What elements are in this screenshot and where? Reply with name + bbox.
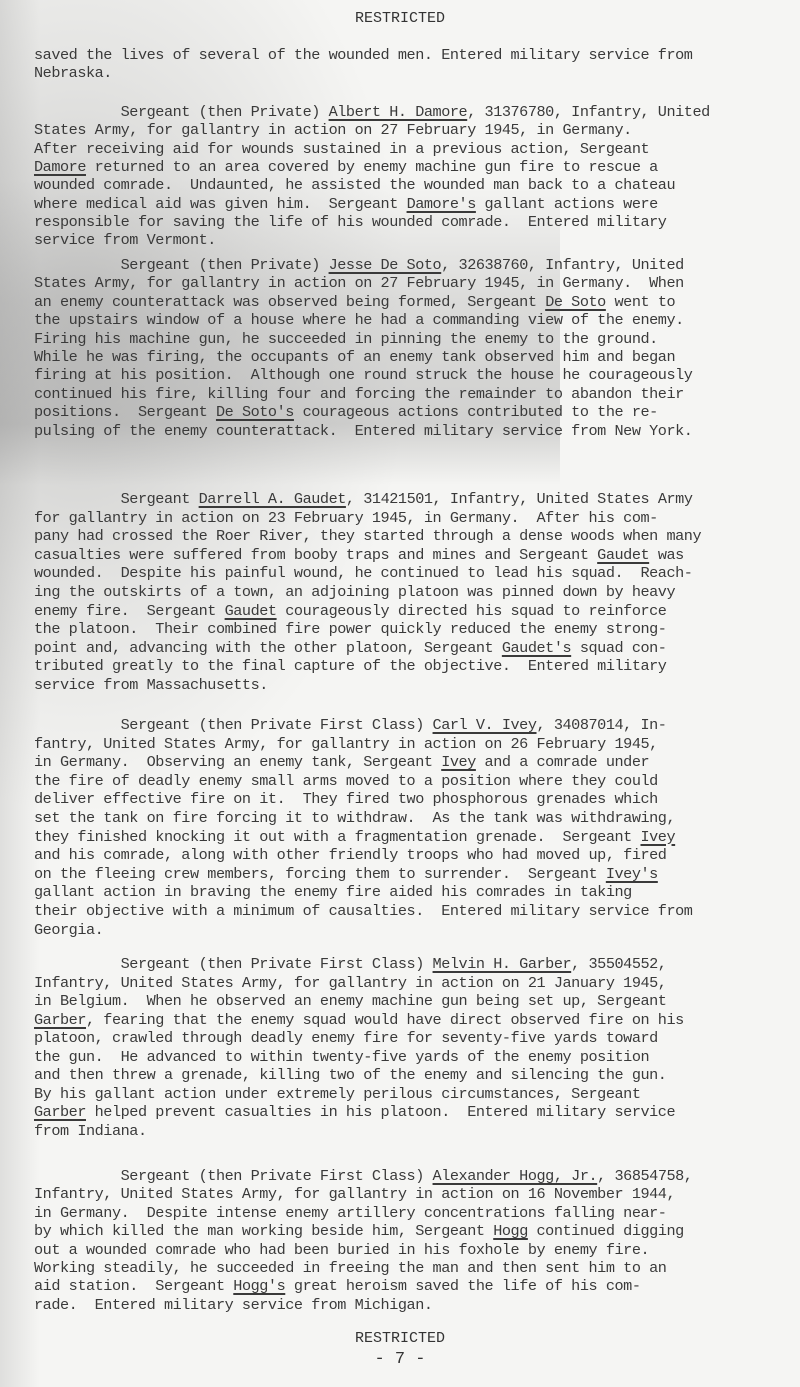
text-line: their objective with a minimum of causal… [34,902,692,920]
text-segment: Sergeant (then Private First Class) [34,955,433,973]
text-segment: , 35504552, [571,955,666,973]
text-line: responsible for saving the life of his w… [34,213,666,231]
text-segment: an enemy counterattack was observed bein… [34,293,545,311]
text-segment: in Germany. Despite intense enemy artill… [34,1204,666,1222]
text-segment: the upstairs window of a house where he … [34,311,684,329]
text-line: positions. Sergeant De Soto's courageous… [34,403,658,421]
text-line: casualties were suffered from booby trap… [34,546,684,564]
underlined-name: Gaudet [225,602,277,620]
text-segment: where medical aid was given him. Sergean… [34,195,407,213]
text-segment: saved the lives of several of the wounde… [34,46,692,64]
text-segment: States Army, for gallantry in action on … [34,121,632,139]
underlined-name: De Soto's [216,403,294,421]
text-segment: aid station. Sergeant [34,1277,233,1295]
text-line: Sergeant (then Private) Albert H. Damore… [34,103,710,121]
text-line: the platoon. Their combined fire power q… [34,620,666,638]
underlined-name: Gaudet's [502,639,571,657]
text-line: rade. Entered military service from Mich… [34,1296,433,1314]
text-line: Infantry, United States Army, for gallan… [34,1185,675,1203]
text-segment: ing the outskirts of a town, an adjoinin… [34,583,675,601]
text-segment: Sergeant [34,490,199,508]
text-segment: , fearing that the enemy squad would hav… [86,1011,684,1029]
text-segment: the fire of deadly enemy small arms move… [34,772,658,790]
text-line: Sergeant (then Private First Class) Melv… [34,955,666,973]
text-segment: Sergeant (then Private) [34,103,329,121]
text-line: in Belgium. When he observed an enemy ma… [34,992,666,1010]
text-line: Sergeant (then Private) Jesse De Soto, 3… [34,256,684,274]
text-line: from Indiana. [34,1122,147,1140]
text-line: in Germany. Despite intense enemy artill… [34,1204,666,1222]
text-line: deliver effective fire on it. They fired… [34,790,658,808]
text-segment: Georgia. [34,921,103,939]
text-segment: , 32638760, Infantry, United [441,256,684,274]
text-line: Firing his machine gun, he succeeded in … [34,330,658,348]
restricted-footer: RESTRICTED [0,1330,800,1347]
text-segment: and his comrade, along with other friend… [34,846,666,864]
text-segment: Sergeant (then Private) [34,256,329,274]
underlined-name: Damore's [407,195,476,213]
text-segment: pulsing of the enemy counterattack. Ente… [34,422,692,440]
text-line: States Army, for gallantry in action on … [34,121,632,139]
underlined-name: Hogg [493,1222,528,1240]
text-segment: was [649,546,684,564]
underlined-name: Melvin H. Garber [433,955,572,973]
text-segment: great heroism saved the life of his com- [285,1277,640,1295]
text-segment: went to [606,293,675,311]
underlined-name: De Soto [545,293,606,311]
text-line: for gallantry in action on 23 February 1… [34,509,658,527]
text-line: where medical aid was given him. Sergean… [34,195,658,213]
text-segment: Infantry, United States Army, for gallan… [34,974,666,992]
text-segment: Firing his machine gun, he succeeded in … [34,330,658,348]
text-segment: positions. Sergeant [34,403,216,421]
text-segment: continued his fire, killing four and for… [34,385,684,403]
text-segment: platoon, crawled through deadly enemy fi… [34,1029,658,1047]
text-segment: , 34087014, In- [537,716,667,734]
text-line: Garber helped prevent casualties in his … [34,1103,675,1121]
underlined-name: Ivey [441,753,476,771]
text-segment: Nebraska. [34,64,112,82]
text-segment: States Army, for gallantry in action on … [34,274,684,292]
text-segment: in Germany. Observing an enemy tank, Ser… [34,753,441,771]
text-line: wounded comrade. Undaunted, he assisted … [34,176,675,194]
text-line: the fire of deadly enemy small arms move… [34,772,658,790]
text-segment: and a comrade under [476,753,649,771]
text-segment: responsible for saving the life of his w… [34,213,666,231]
text-line: continued his fire, killing four and for… [34,385,684,403]
text-segment: , 31376780, Infantry, United [467,103,710,121]
restricted-header: RESTRICTED [0,10,800,27]
text-segment: While he was firing, the occupants of an… [34,348,675,366]
text-line: Infantry, United States Army, for gallan… [34,974,666,992]
text-segment: gallant actions were [476,195,658,213]
underlined-name: Darrell A. Gaudet [199,490,346,508]
underlined-name: Gaudet [597,546,649,564]
text-segment: , 31421501, Infantry, United States Army [346,490,693,508]
text-line: firing at his position. Although one rou… [34,366,692,384]
text-line: fantry, United States Army, for gallantr… [34,735,658,753]
text-line: on the fleeing crew members, forcing the… [34,865,658,883]
document-page: RESTRICTED saved the lives of several of… [0,0,800,1387]
text-line: set the tank on fire forcing it to withd… [34,809,675,827]
text-line: enemy fire. Sergeant Gaudet courageously… [34,602,666,620]
text-segment: they finished knocking it out with a fra… [34,828,640,846]
underlined-name: Garber [34,1011,86,1029]
text-line: Nebraska. [34,64,112,82]
text-segment: fantry, United States Army, for gallantr… [34,735,658,753]
text-line: Damore returned to an area covered by en… [34,158,658,176]
underlined-name: Hogg's [233,1277,285,1295]
text-line: out a wounded comrade who had been burie… [34,1241,649,1259]
text-line: by which killed the man working beside h… [34,1222,684,1240]
text-segment: on the fleeing crew members, forcing the… [34,865,606,883]
text-segment: helped prevent casualties in his platoon… [86,1103,675,1121]
text-line: Sergeant Darrell A. Gaudet, 31421501, In… [34,490,692,508]
text-segment: courageously directed his squad to reinf… [277,602,667,620]
text-segment: pany had crossed the Roer River, they st… [34,527,701,545]
text-segment: , 36854758, [597,1167,692,1185]
text-line: point and, advancing with the other plat… [34,639,666,657]
text-segment: point and, advancing with the other plat… [34,639,502,657]
text-line: tributed greatly to the final capture of… [34,657,666,675]
text-segment: Sergeant (then Private First Class) [34,716,433,734]
text-line: By his gallant action under extremely pe… [34,1085,640,1103]
text-line: While he was firing, the occupants of an… [34,348,675,366]
text-segment: in Belgium. When he observed an enemy ma… [34,992,666,1010]
text-segment: deliver effective fire on it. They fired… [34,790,658,808]
text-line: Sergeant (then Private First Class) Alex… [34,1167,692,1185]
text-line: service from Vermont. [34,231,216,249]
text-line: the upstairs window of a house where he … [34,311,684,329]
text-segment: squad con- [571,639,666,657]
text-segment: out a wounded comrade who had been burie… [34,1241,649,1259]
page-number: - 7 - [0,1350,800,1369]
underlined-name: Ivey's [606,865,658,883]
text-segment: service from Massachusetts. [34,676,268,694]
text-segment: continued digging [528,1222,684,1240]
text-segment: courageous actions contributed to the re… [294,403,658,421]
text-line: and his comrade, along with other friend… [34,846,666,864]
text-segment: Infantry, United States Army, for gallan… [34,1185,675,1203]
text-segment: casualties were suffered from booby trap… [34,546,597,564]
text-line: gallant action in braving the enemy fire… [34,883,632,901]
text-line: Garber, fearing that the enemy squad wou… [34,1011,684,1029]
underlined-name: Damore [34,158,86,176]
text-line: pulsing of the enemy counterattack. Ente… [34,422,692,440]
text-segment: for gallantry in action on 23 February 1… [34,509,658,527]
text-segment: wounded comrade. Undaunted, he assisted … [34,176,675,194]
text-segment: After receiving aid for wounds sustained… [34,140,649,158]
text-segment: wounded. Despite his painful wound, he c… [34,564,692,582]
underlined-name: Alexander Hogg, Jr. [433,1167,598,1185]
text-segment: their objective with a minimum of causal… [34,902,692,920]
text-line: ing the outskirts of a town, an adjoinin… [34,583,675,601]
text-segment: and then threw a grenade, killing two of… [34,1066,666,1084]
text-segment: by which killed the man working beside h… [34,1222,493,1240]
text-segment: rade. Entered military service from Mich… [34,1296,433,1314]
text-line: States Army, for gallantry in action on … [34,274,684,292]
text-segment: enemy fire. Sergeant [34,602,225,620]
text-line: the gun. He advanced to within twenty-fi… [34,1048,649,1066]
underlined-name: Albert H. Damore [329,103,468,121]
text-line: Working steadily, he succeeded in freein… [34,1259,666,1277]
text-line: and then threw a grenade, killing two of… [34,1066,666,1084]
text-line: they finished knocking it out with a fra… [34,828,675,846]
text-line: an enemy counterattack was observed bein… [34,293,675,311]
text-segment: tributed greatly to the final capture of… [34,657,666,675]
text-segment: set the tank on fire forcing it to withd… [34,809,675,827]
text-line: wounded. Despite his painful wound, he c… [34,564,692,582]
underlined-name: Garber [34,1103,86,1121]
text-line: saved the lives of several of the wounde… [34,46,692,64]
underlined-name: Ivey [640,828,675,846]
text-line: platoon, crawled through deadly enemy fi… [34,1029,658,1047]
text-segment: from Indiana. [34,1122,147,1140]
text-segment: Sergeant (then Private First Class) [34,1167,433,1185]
underlined-name: Carl V. Ivey [433,716,537,734]
text-segment: gallant action in braving the enemy fire… [34,883,632,901]
text-line: Sergeant (then Private First Class) Carl… [34,716,666,734]
text-segment: returned to an area covered by enemy mac… [86,158,658,176]
text-line: pany had crossed the Roer River, they st… [34,527,701,545]
text-segment: the platoon. Their combined fire power q… [34,620,666,638]
text-segment: Working steadily, he succeeded in freein… [34,1259,666,1277]
text-line: After receiving aid for wounds sustained… [34,140,649,158]
text-line: aid station. Sergeant Hogg's great heroi… [34,1277,641,1295]
text-segment: firing at his position. Although one rou… [34,366,692,384]
text-line: Georgia. [34,921,103,939]
underlined-name: Jesse De Soto [329,256,442,274]
text-segment: By his gallant action under extremely pe… [34,1085,640,1103]
text-segment: service from Vermont. [34,231,216,249]
text-line: in Germany. Observing an enemy tank, Ser… [34,753,649,771]
text-line: service from Massachusetts. [34,676,268,694]
text-segment: the gun. He advanced to within twenty-fi… [34,1048,649,1066]
